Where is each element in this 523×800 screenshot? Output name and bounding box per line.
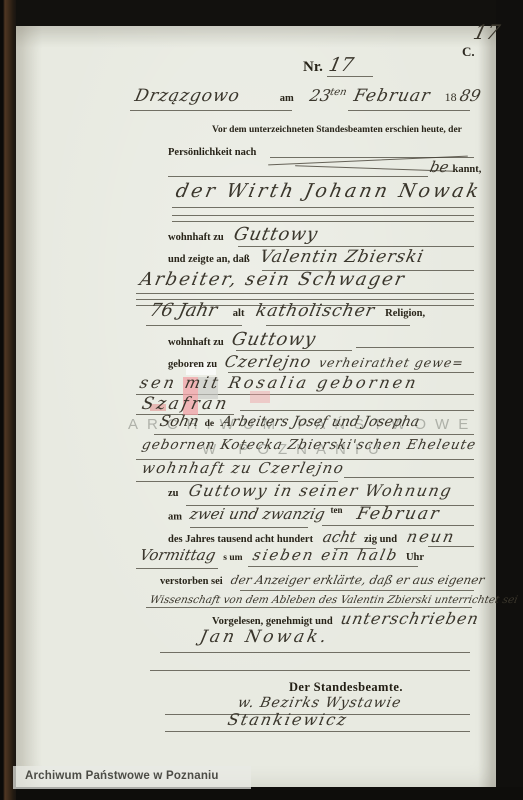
ruled-line	[172, 221, 474, 222]
handwritten-text: Arbeiters Josef und Josepha	[221, 415, 421, 429]
printed-form-text: am	[168, 511, 182, 522]
handwritten-text: Szafran	[140, 396, 231, 413]
ruled-line	[172, 207, 474, 208]
handwritten-text: Guttowy	[232, 226, 320, 244]
printed-form-text: Nr.	[303, 59, 323, 75]
place-date-line: Drzązgowoam23tenFebruar1889	[135, 88, 480, 105]
report-line: und zeigte an, daßValentin Zbierski	[168, 249, 423, 266]
ruled-line	[190, 527, 308, 528]
handwritten-text: verheirathet gewe=	[318, 357, 465, 370]
birthplace-line: geboren zuCzerlejnoverheirathet gewe=	[168, 354, 464, 371]
scanned-death-record-page: { "colors": { "paper": "#e8eae1", "ink_h…	[0, 0, 523, 800]
handwritten-text: Czerlejno	[223, 354, 313, 370]
handwritten-text: 76 Jahr	[148, 302, 219, 320]
ruled-line	[240, 410, 474, 411]
printed-form-text: kannt,	[452, 164, 481, 175]
handwritten-text: Februar	[353, 88, 433, 105]
registrar-title-line: Der Standesbeamte.	[289, 679, 403, 695]
ruled-line	[136, 568, 218, 569]
handwritten-text: Drzązgowo	[133, 88, 241, 105]
archive-stamp-text: Archiwum Państwowe w Poznaniu	[25, 770, 219, 782]
printed-form-text: Uhr	[406, 552, 424, 563]
ruled-line	[172, 215, 474, 216]
printed-form-text: verstorben sei	[160, 576, 223, 587]
printed-form-text: wohnhaft zu	[168, 232, 224, 243]
ruled-line	[165, 731, 470, 732]
printed-form-text: Persönlichkeit nach	[168, 147, 256, 158]
identity-label-line: Persönlichkeit nach	[168, 143, 256, 159]
handwritten-text: der Wirth Johann Nowak	[174, 182, 483, 201]
handwritten-text: Guttowy in seiner Wohnung	[187, 483, 454, 499]
age-religion-line: 76 JahraltkatholischerReligion,	[150, 302, 425, 320]
record-number-line: Nr.17	[303, 56, 353, 75]
printed-form-text: am	[280, 93, 294, 104]
color-patch	[250, 391, 270, 403]
death-year-line: des Jahres tausend acht hundertachtzig u…	[168, 529, 456, 546]
ruled-line	[160, 652, 470, 653]
ruled-line	[146, 325, 242, 326]
document-text-overlay: Nr.17Drzązgowoam23tenFebruar1889Vor dem …	[0, 0, 523, 800]
printed-form-text: zig und	[364, 534, 397, 545]
printed-form-text: Der Standesbeamte.	[289, 680, 403, 694]
parents-line-2: gebornen Kotecka Zbierski'schen Eheleute	[142, 437, 476, 453]
printed-form-text: ten	[331, 505, 343, 515]
ruled-line	[356, 347, 474, 348]
handwritten-text: Arbeiter, sein Schwager	[138, 271, 407, 289]
ruled-line	[266, 325, 410, 326]
residence-line-1: wohnhaft zuGuttowy	[168, 226, 318, 244]
deceased-statement-line: verstorben seider Anzeiger erklärte, daß…	[160, 572, 484, 588]
handwritten-text: Stankiewicz	[226, 712, 349, 728]
parents-residence-line: wohnhaft zu Czerlejno	[142, 461, 344, 477]
declarant-signature-line: Jan Nowak.	[200, 629, 329, 646]
printed-form-text: Religion,	[385, 308, 425, 319]
death-time-line: Vormittags umsieben ein halbUhr	[140, 548, 424, 564]
handwritten-text: be	[428, 160, 450, 175]
ruled-line	[236, 350, 352, 351]
handwritten-text: Jan Nowak.	[198, 629, 330, 646]
handwritten-text: wohnhaft zu Czerlejno	[140, 461, 346, 476]
ruled-line	[136, 293, 474, 294]
handwritten-text: gebornen Kotecka Zbierski'schen Eheleute	[141, 439, 478, 453]
handwritten-text: sieben ein halb	[251, 548, 400, 563]
ruled-line	[344, 477, 474, 478]
handwritten-text: katholischer	[255, 303, 377, 320]
printed-form-text: zu	[168, 488, 179, 499]
handwritten-text: unterschrieben	[339, 611, 480, 627]
handwritten-text: 17	[327, 56, 355, 75]
handwritten-text: w. Bezirks Wystawie	[237, 696, 403, 710]
residence-line-2: wohnhaft zuGuttowy	[168, 331, 316, 349]
handwritten-text: Wissenschaft von dem Ableben des Valenti…	[149, 595, 519, 606]
spouse-line: sen mit Rosalia gebornen	[140, 375, 418, 392]
knowledge-line: Wissenschaft von dem Ableben des Valenti…	[150, 591, 518, 607]
printed-form-text: und zeigte an, daß	[168, 254, 250, 265]
handwritten-text: acht	[321, 530, 357, 545]
declarant-line: der Wirth Johann Nowak	[176, 182, 481, 201]
ruled-line	[154, 434, 474, 435]
ruled-line	[327, 76, 373, 77]
ruled-line	[322, 525, 474, 526]
printed-section-letter: C.	[462, 44, 475, 60]
handwritten-text: 89	[458, 88, 482, 104]
spouse-surname-line: Szafran	[142, 396, 229, 413]
handwritten-text: Sohn	[158, 414, 200, 429]
printed-form-text: geboren zu	[168, 359, 217, 370]
handwritten-text: Guttowy	[230, 331, 318, 349]
handwritten-text: der Anzeiger erklärte, daß er aus eigene…	[229, 574, 485, 586]
occupation-line: Arbeiter, sein Schwager	[140, 271, 405, 289]
registrar-signature-line: Stankiewicz	[228, 712, 348, 729]
handwritten-text: Vormittag	[138, 548, 216, 563]
intro-line: Vor dem unterzeichneten Standesbeamten e…	[212, 120, 462, 136]
printed-form-text: 18	[445, 90, 457, 104]
handwritten-text: neun	[405, 529, 457, 545]
handwritten-text: Valentin Zbierski	[258, 249, 425, 266]
parents-line-1: SohndeArbeiters Josef und Josepha	[160, 414, 419, 430]
printed-form-text: Vorgelesen, genehmigt und	[212, 616, 333, 627]
handwritten-text: sen mit Rosalia gebornen	[138, 375, 420, 391]
death-place-line: zuGuttowy in seiner Wohnung	[168, 483, 452, 500]
ruled-line	[428, 546, 474, 547]
printed-form-text: wohnhaft zu	[168, 337, 224, 348]
approval-line: Vorgelesen, genehmigt undunterschrieben	[212, 611, 479, 628]
registrar-note-line: w. Bezirks Wystawie	[238, 695, 401, 711]
ruled-line	[168, 176, 428, 177]
ruled-line	[146, 607, 472, 608]
printed-form-text: s um	[223, 553, 242, 563]
ruled-line	[348, 110, 470, 111]
bekannt-line: bekannt,	[430, 160, 481, 176]
ruled-line	[150, 670, 470, 671]
ruled-line	[248, 566, 418, 567]
death-date-line: amzwei und zwanzigtenFebruar	[168, 506, 440, 523]
handwritten-text: Februar	[355, 506, 442, 523]
handwritten-text: zwei und zwanzig	[188, 507, 326, 522]
handwritten-text: ten	[329, 88, 348, 98]
printed-form-text: alt	[233, 308, 245, 319]
printed-form-text: des Jahres tausend acht hundert	[168, 534, 313, 545]
ruled-line	[130, 110, 292, 111]
printed-form-text: Vor dem unterzeichneten Standesbeamten e…	[212, 125, 462, 135]
printed-form-text: de	[205, 419, 215, 429]
